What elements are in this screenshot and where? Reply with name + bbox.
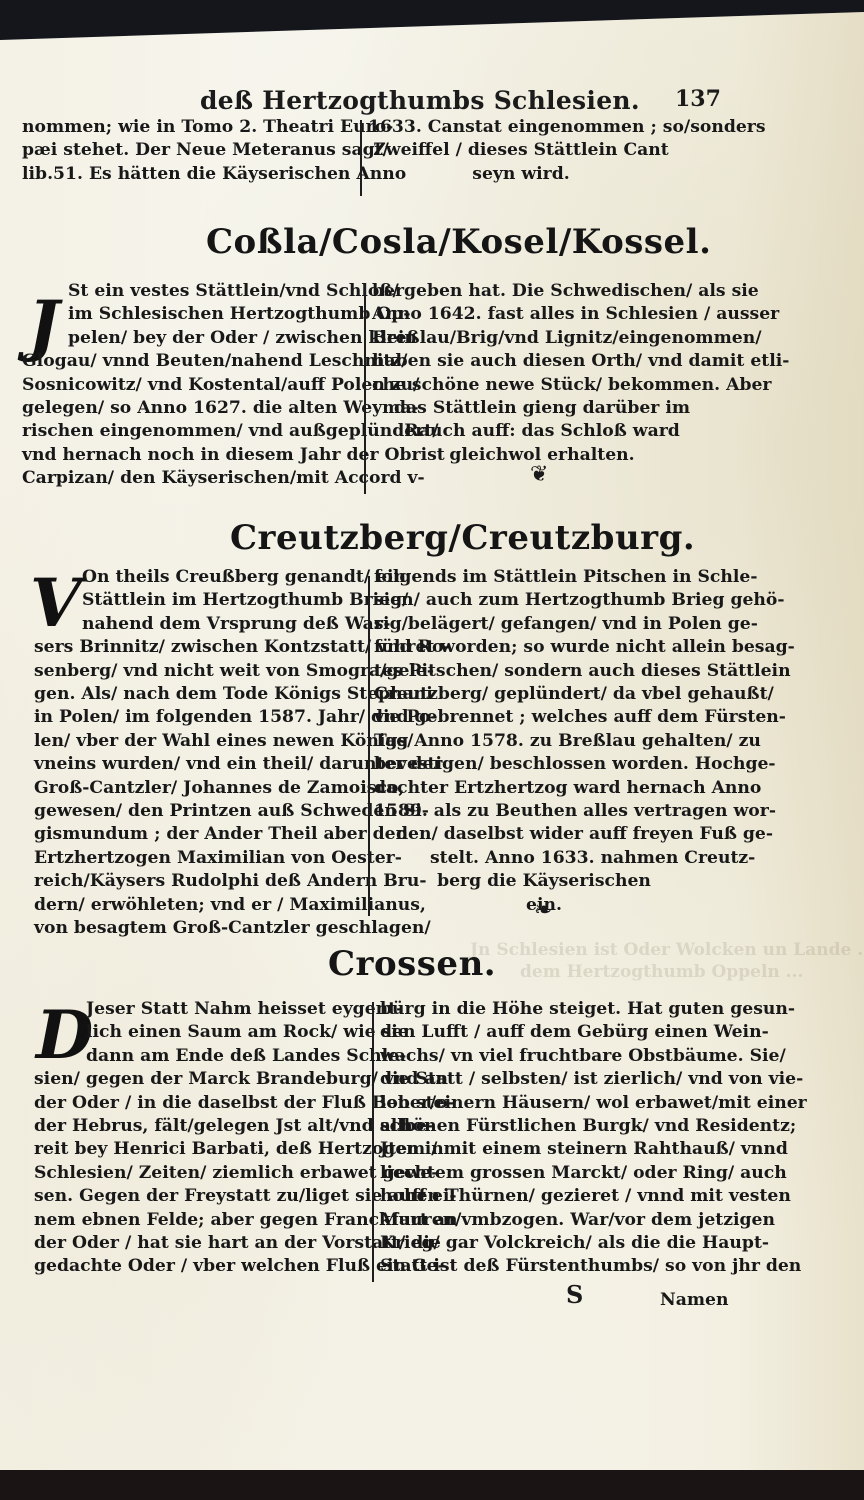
- text-line: pæi stehet. Der Neue Meteranus sagt/: [22, 139, 354, 162]
- text-line: bürg in die Höhe steiget. Hat guten gesu…: [380, 998, 722, 1021]
- text-line: berg die Käyserischen: [374, 870, 714, 893]
- text-line: hohen Thürnen/ gezieret / vnnd mit veste…: [380, 1185, 722, 1208]
- text-line: Tag Anno 1578. zu Breßlau gehalten/ zu: [374, 730, 714, 753]
- running-head: deß Hertzogthumbs Schlesien.: [200, 86, 640, 115]
- catchword: Namen: [660, 1290, 728, 1310]
- crossen-left-column: Jeser Statt Nahm heisset eygent- lich ei…: [34, 998, 366, 1279]
- text-line: wachs/ vn viel fruchtbare Obstbäume. Sie…: [380, 1045, 722, 1068]
- text-line: On theils Creußberg genandt/ ein: [82, 566, 364, 589]
- text-line: 1589. als zu Beuthen alles vertragen wor…: [374, 800, 714, 823]
- intro-right-column: 1633. Canstat eingenommen ; so/sonders Z…: [368, 116, 674, 186]
- text-line: len steinern Häusern/ wol erbawet/mit ei…: [380, 1092, 722, 1115]
- text-line: Carpizan/ den Käyserischen/mit Accord v-: [22, 467, 362, 490]
- text-line: sen. Gegen der Freystatt zu/liget sie au…: [34, 1185, 366, 1208]
- text-line: führet worden; so wurde nicht allein bes…: [374, 636, 714, 659]
- text-line: vnd hernach noch in diesem Jahr der Obri…: [22, 444, 362, 467]
- text-line: den/ daselbst wider auff freyen Fuß ge-: [374, 823, 714, 846]
- text-line: gedachte Oder / vber welchen Fluß ein Ge…: [34, 1255, 366, 1278]
- text-line: St ein vestes Stättlein/vnd Schloß/: [68, 280, 362, 303]
- text-line: der Oder / in die daselbst der Fluß Bobe…: [34, 1092, 366, 1115]
- text-line: lib.51. Es hätten die Käyserischen Anno: [22, 163, 354, 186]
- text-line: gen. Als/ nach dem Tode Königs Stephani: [34, 683, 364, 706]
- text-line: reich/Käysers Rudolphi deß Andern Bru-: [34, 870, 364, 893]
- column-rule: [368, 576, 370, 916]
- ornament-icon: ❧: [534, 898, 552, 923]
- text-line: Breßlau/Brig/vnd Lignitz/eingenommen/: [372, 327, 712, 350]
- text-line: Sosnicowitz/ vnd Kostental/auff Polen zu…: [22, 374, 362, 397]
- text-line: das Stättlein gieng darüber im: [372, 397, 712, 420]
- text-line: Krieg/ gar Volckreich/ als die die Haupt…: [380, 1232, 722, 1255]
- column-rule: [372, 1002, 374, 1282]
- text-line: dann am Ende deß Landes Schle-: [86, 1045, 366, 1068]
- text-line: len/ vber der Wahl eines newen Königs/: [34, 730, 364, 753]
- text-line: schönen Fürstlichen Burgk/ vnd Residentz…: [380, 1115, 722, 1138]
- column-rule: [364, 284, 366, 494]
- creutzberg-right-column: folgends im Stättlein Pitschen in Schle-…: [374, 566, 714, 917]
- text-line: folgends im Stättlein Pitschen in Schle-: [374, 566, 714, 589]
- page-number: 137: [675, 86, 721, 112]
- text-line: die Statt / selbsten/ ist zierlich/ vnd …: [380, 1068, 722, 1091]
- text-line: senberg/ vnd nicht weit von Smogra/gele-: [34, 660, 364, 683]
- text-line: Mauren/vmbzogen. War/vor dem jetzigen: [380, 1209, 722, 1232]
- text-line: gelegen/ so Anno 1627. die alten Weyma-: [22, 397, 362, 420]
- section-heading-crossen: Crossen.: [328, 944, 496, 984]
- column-rule: [360, 120, 362, 196]
- text-line: vneins wurden/ vnd ein theil/ darunter d…: [34, 753, 364, 776]
- text-line: liechtem grossen Marckt/ oder Ring/ auch: [380, 1162, 722, 1185]
- intro-left-column: nommen; wie in Tomo 2. Theatri Euro- pæi…: [22, 116, 354, 186]
- cosla-right-column: bergeben hat. Die Schwedischen/ als sie …: [372, 280, 712, 467]
- text-line: sers Brinnitz/ zwischen Kontzstatt/ vnd …: [34, 636, 364, 659]
- ornament-icon: ❦: [530, 462, 548, 487]
- text-line: den Lufft / auff dem Gebürg einen Wein-: [380, 1021, 722, 1044]
- text-line: Glogau/ vnnd Beuten/nahend Leschnitz/: [22, 350, 362, 373]
- cosla-left-column: St ein vestes Stättlein/vnd Schloß/ im S…: [22, 280, 362, 491]
- text-line: der Oder / hat sie hart an der Vorstatt/…: [34, 1232, 366, 1255]
- text-line: bevestigen/ beschlossen worden. Hochge-: [374, 753, 714, 776]
- signature-mark: S: [566, 1280, 583, 1309]
- text-line: reit bey Henrici Barbati, deß Hertzogen …: [34, 1138, 366, 1161]
- text-line: haben sie auch diesen Orth/ vnd damit et…: [372, 350, 712, 373]
- text-line: bergeben hat. Die Schwedischen/ als sie: [372, 280, 712, 303]
- text-line: der Hebrus, fält/gelegen Jst alt/vnd all…: [34, 1115, 366, 1138]
- section-heading-creutzberg: Creutzberg/Creutzburg.: [230, 518, 695, 558]
- text-line: Statt ist deß Fürstenthumbs/ so von jhr …: [380, 1255, 722, 1278]
- text-line: vnd gebrennet ; welches auff dem Fürsten…: [374, 706, 714, 729]
- text-line: stelt. Anno 1633. nahmen Creutz-: [374, 847, 714, 870]
- bleed-through-text: Jn Schlesien ist Oder Wolcken un Lande .…: [470, 940, 864, 960]
- text-line: 1633. Canstat eingenommen ; so/sonders: [368, 116, 674, 139]
- text-line: Stättlein im Hertzogthumb Brieg/: [82, 589, 364, 612]
- text-line: pelen/ bey der Oder / zwischen klein: [68, 327, 362, 350]
- text-line: gewesen/ den Printzen auß Schweden Si-: [34, 800, 364, 823]
- text-line: sien/ auch zum Hertzogthumb Brieg gehö-: [374, 589, 714, 612]
- text-line: rig/belägert/ gefangen/ vnd in Polen ge-: [374, 613, 714, 636]
- text-line: rischen eingenommen/ vnd außgeplündert/: [22, 420, 362, 443]
- text-line: nem ebnen Felde; aber gegen Franckfurt a…: [34, 1209, 366, 1232]
- text-line: tes Pitschen/ sondern auch dieses Stättl…: [374, 660, 714, 683]
- text-line: Zweiffel / dieses Stättlein Cant: [368, 139, 674, 162]
- bleed-through-text: dem Hertzogthumb Oppeln ...: [520, 962, 803, 982]
- text-line: sien/ gegen der Marck Brandeburg/ vnd an: [34, 1068, 366, 1091]
- text-line: im Schlesischen Hertzogthumb Op-: [68, 303, 362, 326]
- text-line: Rauch auff: das Schloß ward: [372, 420, 712, 443]
- text-line: Groß-Cantzler/ Johannes de Zamoisco,: [34, 777, 364, 800]
- text-line: seyn wird.: [368, 163, 674, 186]
- text-line: che schöne newe Stück/ bekommen. Aber: [372, 374, 712, 397]
- text-line: nommen; wie in Tomo 2. Theatri Euro-: [22, 116, 354, 139]
- text-line: Jtem / mit einem steinern Rahthauß/ vnnd: [380, 1138, 722, 1161]
- text-line: dachter Ertzhertzog ward hernach Anno: [374, 777, 714, 800]
- text-line: von besagtem Groß-Cantzler geschlagen/: [34, 917, 364, 940]
- text-line: nahend dem Vrsprung deß Was-: [82, 613, 364, 636]
- text-line: gismundum ; der Ander Theil aber den: [34, 823, 364, 846]
- creutzberg-left-column: On theils Creußberg genandt/ ein Stättle…: [34, 566, 364, 941]
- text-line: in Polen/ im folgenden 1587. Jahr/ die P…: [34, 706, 364, 729]
- text-line: Anno 1642. fast alles in Schlesien / aus…: [372, 303, 712, 326]
- crossen-right-column: bürg in die Höhe steiget. Hat guten gesu…: [380, 998, 722, 1279]
- text-line: Schlesien/ Zeiten/ ziemlich erbawet gewe…: [34, 1162, 366, 1185]
- text-line: Jeser Statt Nahm heisset eygent-: [86, 998, 366, 1021]
- text-line: Ertzhertzogen Maximilian von Oester-: [34, 847, 364, 870]
- scan-background-bottom: [0, 1470, 864, 1500]
- text-line: dern/ erwöhleten; vnd er / Maximilianus,: [34, 894, 364, 917]
- text-line: lich einen Saum am Rock/ wie sie: [86, 1021, 366, 1044]
- section-heading-cosla: Coßla/Cosla/Kosel/Kossel.: [206, 222, 711, 262]
- text-line: Creutzberg/ geplündert/ da vbel gehaußt/: [374, 683, 714, 706]
